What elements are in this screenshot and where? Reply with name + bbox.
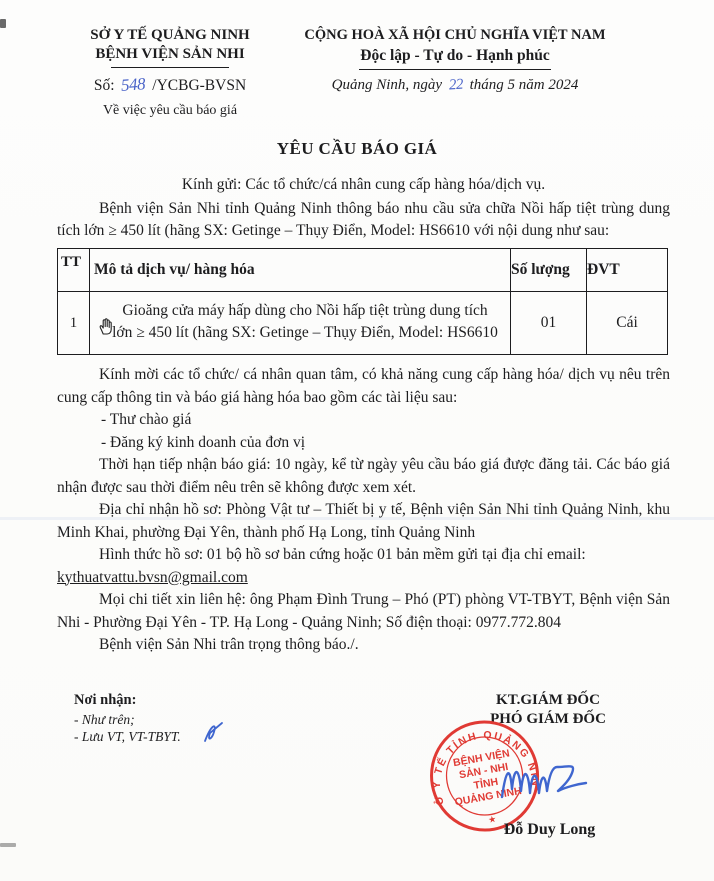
document-number-handwritten: 548 [121,74,146,96]
ink-tick-mark [202,720,228,750]
cell-tt: 1 [58,292,90,355]
paragraph-contact: Mọi chi tiết xin liên hệ: ông Phạm Đình … [57,589,670,634]
paragraph-address: Địa chỉ nhận hồ sơ: Phòng Vật tư – Thiết… [57,499,670,544]
paragraph-salutation: Kính gửi: Các tổ chức/cá nhân cung cấp h… [57,174,670,197]
paragraph-deadline: Thời hạn tiếp nhận báo giá: 10 ngày, kể … [57,454,670,499]
issuer-parent-org: SỞ Y TẾ QUẢNG NINH [60,26,280,45]
cell-unit: Cái [587,292,668,355]
cell-description: Gioăng cửa máy hấp dùng cho Nồi hấp tiệt… [90,292,511,355]
paragraph-format: Hình thức hồ sơ: 01 bộ hồ sơ bản cứng ho… [57,544,670,567]
recipient-item: - Lưu VT, VT-TBYT. [74,728,181,745]
scan-artifact [0,843,16,847]
issuer-underline [111,67,229,68]
email-link[interactable]: kythuatvattu.bvsn@gmail.com [57,569,248,586]
cell-description-text: Gioăng cửa máy hấp dùng cho Nồi hấp tiệt… [112,302,498,341]
column-header-desc: Mô tả dịch vụ/ hàng hóa [90,248,511,292]
paragraph-intro: Bệnh viện Sản Nhi tỉnh Quảng Ninh thông … [57,198,670,243]
date-handwritten: 22 [448,77,463,95]
column-header-quantity: Số lượng [511,248,587,292]
national-motto-line2: Độc lập - Tự do - Hạnh phúc [288,45,622,66]
signature-scribble [498,757,590,808]
email-line: kythuatvattu.bvsn@gmail.com [57,567,670,590]
document-number: Số: 548 /YCBG-BVSN [60,75,280,95]
motto-underline [359,69,551,70]
signer-name: Đỗ Duy Long [477,821,622,839]
recipients-block: Nơi nhận: - Như trên; - Lưu VT, VT-TBYT. [74,692,181,745]
scanned-document-page: SỞ Y TẾ QUẢNG NINH BỆNH VIỆN SẢN NHI Số:… [0,0,714,881]
document-title: YÊU CẦU BÁO GIÁ [0,139,714,159]
quote-table: TT Mô tả dịch vụ/ hàng hóa Số lượng ĐVT … [57,248,668,356]
paragraph-invite: Kính mời các tổ chức/ cá nhân quan tâm, … [57,364,670,409]
column-header-tt: TT [58,248,90,292]
place-date-prefix: Quảng Ninh, ngày [332,77,442,93]
recipients-label: Nơi nhận: [74,692,181,709]
document-number-prefix: Số: [94,77,115,94]
document-body: Kính gửi: Các tổ chức/cá nhân cung cấp h… [57,174,670,657]
bullet-offer-letter: - Thư chào giá [101,409,670,432]
signer-title-1: KT.GIÁM ĐỐC [433,691,663,710]
table-header-row: TT Mô tả dịch vụ/ hàng hóa Số lượng ĐVT [58,248,668,292]
scan-artifact [0,19,6,28]
hand-cursor-icon [98,317,114,342]
national-motto-line1: CỘNG HOÀ XÃ HỘI CHỦ NGHĨA VIỆT NAM [288,26,622,45]
column-header-unit: ĐVT [587,248,668,292]
recipient-item: - Như trên; [74,711,181,728]
table-row: 1 Gioăng cửa máy hấp dùng cho Nồi hấp ti… [58,292,668,355]
bullet-business-license: - Đăng ký kinh doanh của đơn vị [101,432,670,455]
issuer-block: SỞ Y TẾ QUẢNG NINH BỆNH VIỆN SẢN NHI Số:… [60,26,280,119]
issuer-org: BỆNH VIỆN SẢN NHI [60,45,280,64]
subject-note: Về việc yêu cầu báo giá [60,103,280,119]
document-number-suffix: /YCBG-BVSN [152,77,246,94]
cell-quantity: 01 [511,292,587,355]
place-date-suffix: tháng 5 năm 2024 [470,77,579,93]
place-date: Quảng Ninh, ngày 22 tháng 5 năm 2024 [288,77,622,94]
paragraph-closing: Bệnh viện Sản Nhi trân trọng thông báo./… [57,634,670,657]
national-header-block: CỘNG HOÀ XÃ HỘI CHỦ NGHĨA VIỆT NAM Độc l… [288,26,622,94]
